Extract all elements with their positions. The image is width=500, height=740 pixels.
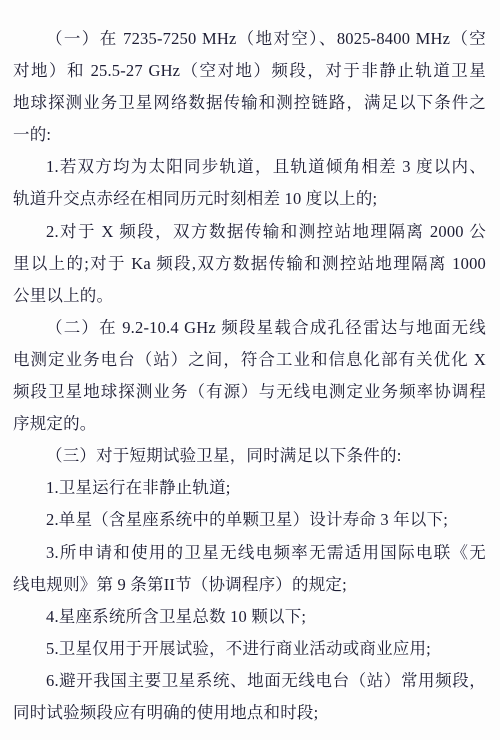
- text-line: 公里以上的。: [13, 280, 486, 312]
- text-line: 2.单星（含星座系统中的单颗卫星）设计寿命 3 年以下;: [13, 504, 486, 536]
- text-line: 一的:: [13, 119, 486, 151]
- text-line: 频段卫星地球探测业务（有源）与无线电测定业务频率协调程: [13, 376, 486, 408]
- text-line: 1.若双方均为太阳同步轨道，且轨道倾角相差 3 度以内、: [13, 151, 486, 183]
- text-line: 线电规则》第 9 条第II节（协调程序）的规定;: [13, 569, 486, 601]
- text-line: 地球探测业务卫星网络数据传输和测控链路，满足以下条件之: [13, 87, 486, 119]
- text-line: 6.避开我国主要卫星系统、地面无线电台（站）常用频段，: [13, 665, 486, 697]
- text-line: 里以上的;对于 Ka 频段,双方数据传输和测控站地理隔离 1000: [13, 248, 486, 280]
- text-line: 2.对于 X 频段，双方数据传输和测控站地理隔离 2000 公: [13, 216, 486, 248]
- text-line: 序规定的。: [13, 408, 486, 440]
- document-body: （一）在 7235-7250 MHz（地对空）、8025-8400 MHz（空 …: [13, 23, 486, 729]
- document-page: （一）在 7235-7250 MHz（地对空）、8025-8400 MHz（空 …: [0, 0, 500, 740]
- text-line: 4.星座系统所含卫星总数 10 颗以下;: [13, 601, 486, 633]
- text-line: （一）在 7235-7250 MHz（地对空）、8025-8400 MHz（空: [13, 23, 486, 55]
- text-line: 电测定业务电台（站）之间，符合工业和信息化部有关优化 X: [13, 344, 486, 376]
- text-line: 轨道升交点赤经在相同历元时刻相差 10 度以上的;: [13, 183, 486, 215]
- text-line: 同时试验频段应有明确的使用地点和时段;: [13, 697, 486, 729]
- text-line: （三）对于短期试验卫星，同时满足以下条件的:: [13, 440, 486, 472]
- text-line: 3.所申请和使用的卫星无线电频率无需适用国际电联《无: [13, 537, 486, 569]
- text-line: 5.卫星仅用于开展试验，不进行商业活动或商业应用;: [13, 633, 486, 665]
- text-line: 1.卫星运行在非静止轨道;: [13, 472, 486, 504]
- text-line: （二）在 9.2-10.4 GHz 频段星载合成孔径雷达与地面无线: [13, 312, 486, 344]
- text-line: 对地）和 25.5-27 GHz（空对地）频段，对于非静止轨道卫星: [13, 55, 486, 87]
